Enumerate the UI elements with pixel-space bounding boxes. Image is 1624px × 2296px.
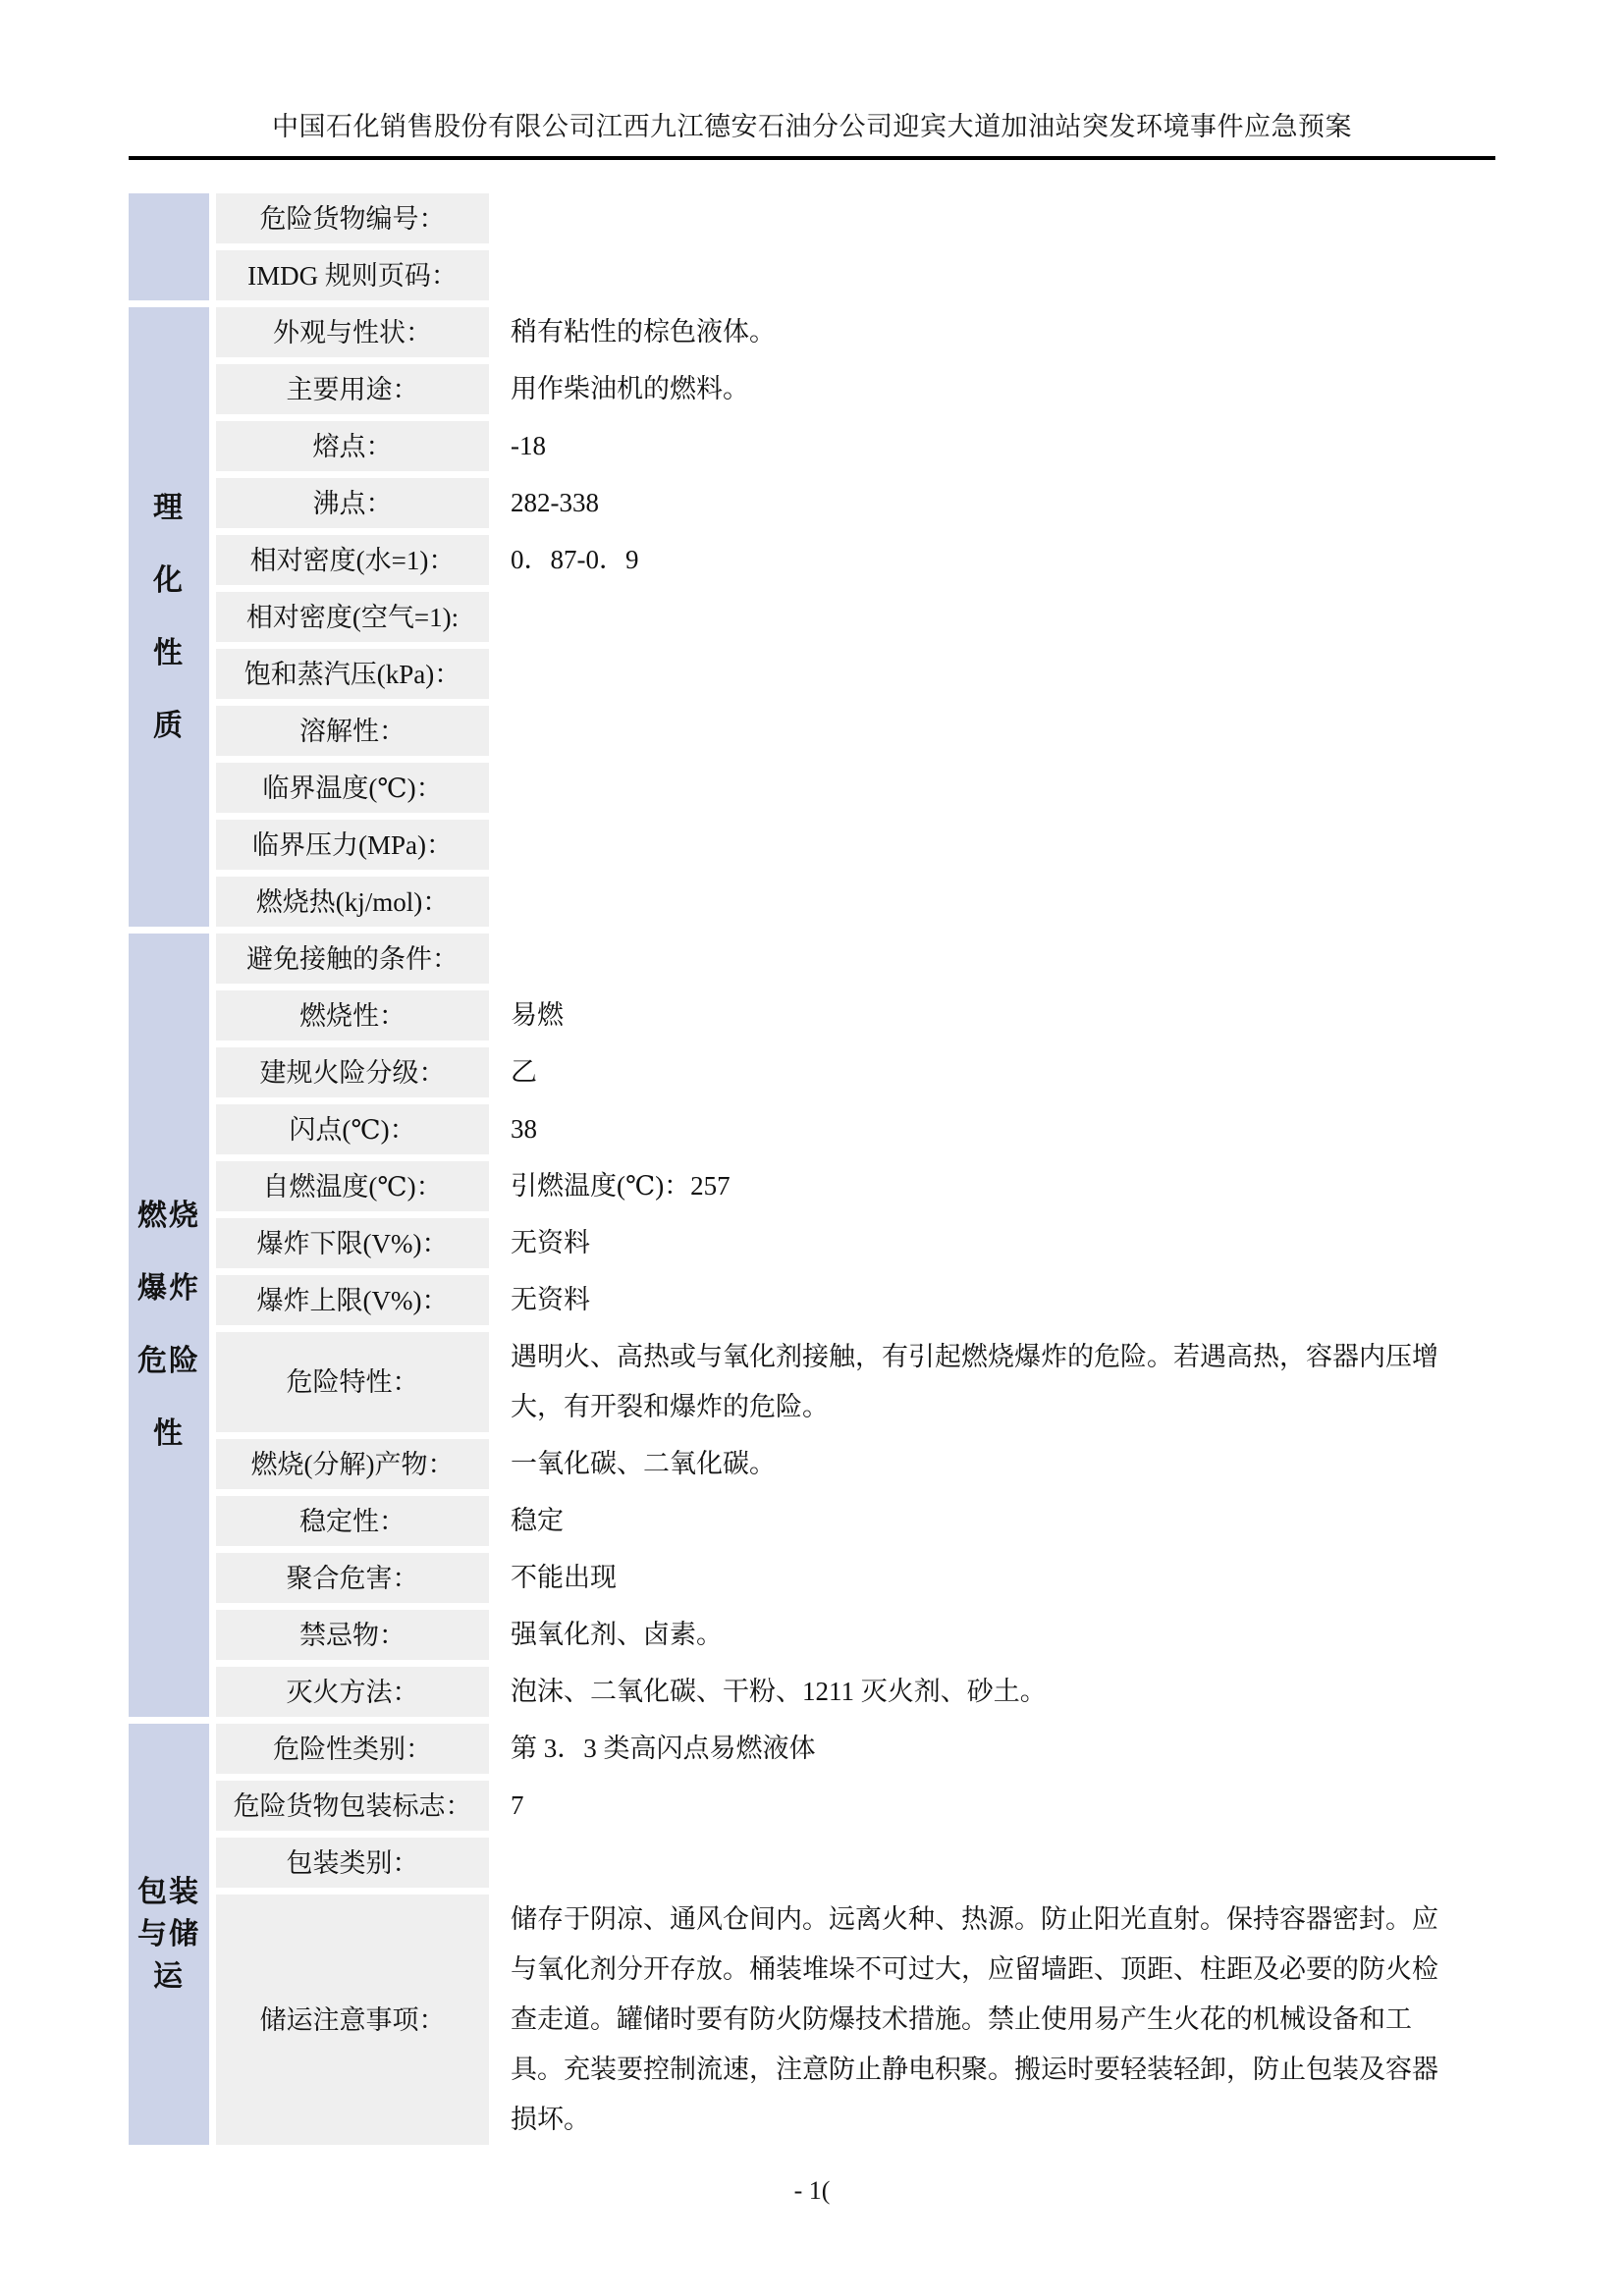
row-value: -18 xyxy=(503,421,1495,471)
category-label: 包装 xyxy=(137,1878,200,1907)
msds-table: 危险货物编号：IMDG 规则页码：理化性质外观与性状：稍有粘性的棕色液体。主要用… xyxy=(129,193,1495,2145)
msds-section: 理化性质外观与性状：稍有粘性的棕色液体。主要用途：用作柴油机的燃料。熔点：-18… xyxy=(129,307,1495,927)
table-row: 主要用途：用作柴油机的燃料。 xyxy=(216,364,1495,414)
category-cell: 理化性质 xyxy=(129,307,209,927)
row-label: 临界温度(℃)： xyxy=(216,763,489,813)
category-cell: 包装与储运 xyxy=(129,1724,209,2145)
table-row: 相对密度(水=1)：0．87-0．9 xyxy=(216,535,1495,585)
table-row: 储运注意事项：储存于阴凉、通风仓间内。远离火种、热源。防止阳光直射。保持容器密封… xyxy=(216,1895,1495,2145)
row-label: IMDG 规则页码： xyxy=(216,250,489,300)
table-row: 燃烧(分解)产物：一氧化碳、二氧化碳。 xyxy=(216,1439,1495,1489)
category-label: 燃烧 xyxy=(137,1201,200,1231)
row-label: 闪点(℃)： xyxy=(216,1104,489,1154)
table-row: 燃烧热(kj/mol)： xyxy=(216,877,1495,927)
row-label: 相对密度(空气=1): xyxy=(216,592,489,642)
document-title: 中国石化销售股份有限公司江西九江德安石油分公司迎宾大道加油站突发环境事件应急预案 xyxy=(0,110,1624,143)
row-value: 7 xyxy=(503,1781,1495,1831)
table-row: 危险货物包装标志：7 xyxy=(216,1781,1495,1831)
category-cell xyxy=(129,193,209,300)
category-label: 爆炸 xyxy=(137,1274,200,1304)
row-label: 爆炸下限(V%)： xyxy=(216,1218,489,1268)
row-label: 禁忌物： xyxy=(216,1610,489,1660)
table-row: 灭火方法：泡沫、二氧化碳、干粉、1211 灭火剂、砂土。 xyxy=(216,1667,1495,1717)
page-number: - 1( xyxy=(0,2176,1624,2206)
category-label: 与储 xyxy=(137,1920,200,1949)
section-rows: 外观与性状：稍有粘性的棕色液体。主要用途：用作柴油机的燃料。熔点：-18沸点：2… xyxy=(216,307,1495,927)
table-row: 爆炸下限(V%)：无资料 xyxy=(216,1218,1495,1268)
row-value xyxy=(503,763,1495,813)
msds-section: 包装与储运危险性类别：第 3．3 类高闪点易燃液体危险货物包装标志：7包装类别：… xyxy=(129,1724,1495,2145)
category-cell: 燃烧爆炸危险性 xyxy=(129,934,209,1717)
section-rows: 避免接触的条件：燃烧性：易燃建规火险分级：乙闪点(℃)：38自燃温度(℃)：引燃… xyxy=(216,934,1495,1717)
section-rows: 危险货物编号：IMDG 规则页码： xyxy=(216,193,1495,300)
row-label: 危险特性： xyxy=(216,1332,489,1432)
row-label: 包装类别： xyxy=(216,1838,489,1888)
row-value: 无资料 xyxy=(503,1275,1495,1325)
category-label: 化 xyxy=(153,566,185,596)
category-label: 危险 xyxy=(137,1347,200,1376)
row-value xyxy=(503,649,1495,699)
row-label: 沸点： xyxy=(216,478,489,528)
row-value: 一氧化碳、二氧化碳。 xyxy=(503,1439,1495,1489)
table-row: 临界温度(℃)： xyxy=(216,763,1495,813)
row-label: 稳定性： xyxy=(216,1496,489,1546)
row-value xyxy=(503,706,1495,756)
row-label: 灭火方法： xyxy=(216,1667,489,1717)
row-value: 第 3．3 类高闪点易燃液体 xyxy=(503,1724,1495,1774)
table-row: 相对密度(空气=1): xyxy=(216,592,1495,642)
row-value xyxy=(503,877,1495,927)
category-label: 理 xyxy=(153,494,185,523)
row-label: 储运注意事项： xyxy=(216,1895,489,2145)
row-value: 储存于阴凉、通风仓间内。远离火种、热源。防止阳光直射。保持容器密封。应与氧化剂分… xyxy=(503,1895,1495,2145)
row-value: 无资料 xyxy=(503,1218,1495,1268)
row-label: 外观与性状： xyxy=(216,307,489,357)
row-label: 临界压力(MPa)： xyxy=(216,820,489,870)
table-row: 建规火险分级：乙 xyxy=(216,1047,1495,1097)
row-value xyxy=(503,250,1495,300)
row-value: 不能出现 xyxy=(503,1553,1495,1603)
row-label: 爆炸上限(V%)： xyxy=(216,1275,489,1325)
table-row: 避免接触的条件： xyxy=(216,934,1495,984)
category-label: 性 xyxy=(153,639,185,668)
row-value: 0．87-0．9 xyxy=(503,535,1495,585)
table-row: 禁忌物：强氧化剂、卤素。 xyxy=(216,1610,1495,1660)
row-value xyxy=(503,193,1495,243)
row-label: 危险货物包装标志： xyxy=(216,1781,489,1831)
category-label: 质 xyxy=(153,712,185,741)
row-value xyxy=(503,592,1495,642)
page-header: 中国石化销售股份有限公司江西九江德安石油分公司迎宾大道加油站突发环境事件应急预案 xyxy=(0,0,1624,143)
category-label: 性 xyxy=(153,1419,185,1449)
row-label: 危险货物编号： xyxy=(216,193,489,243)
table-row: 燃烧性：易燃 xyxy=(216,990,1495,1041)
row-value: 用作柴油机的燃料。 xyxy=(503,364,1495,414)
row-value: 遇明火、高热或与氧化剂接触，有引起燃烧爆炸的危险。若遇高热，容器内压增大，有开裂… xyxy=(503,1332,1495,1432)
row-label: 聚合危害： xyxy=(216,1553,489,1603)
category-label: 运 xyxy=(153,1962,185,1992)
table-row: 熔点：-18 xyxy=(216,421,1495,471)
table-row: 危险特性：遇明火、高热或与氧化剂接触，有引起燃烧爆炸的危险。若遇高热，容器内压增… xyxy=(216,1332,1495,1432)
row-value: 稳定 xyxy=(503,1496,1495,1546)
table-row: 包装类别： xyxy=(216,1838,1495,1888)
row-value: 38 xyxy=(503,1104,1495,1154)
table-row: 沸点：282-338 xyxy=(216,478,1495,528)
row-value xyxy=(503,934,1495,984)
row-value: 稍有粘性的棕色液体。 xyxy=(503,307,1495,357)
table-row: 饱和蒸汽压(kPa)： xyxy=(216,649,1495,699)
row-value: 乙 xyxy=(503,1047,1495,1097)
row-value: 易燃 xyxy=(503,990,1495,1041)
row-value: 泡沫、二氧化碳、干粉、1211 灭火剂、砂土。 xyxy=(503,1667,1495,1717)
row-label: 相对密度(水=1)： xyxy=(216,535,489,585)
row-value xyxy=(503,1838,1495,1888)
row-label: 危险性类别： xyxy=(216,1724,489,1774)
row-value: 引燃温度(℃)：257 xyxy=(503,1161,1495,1211)
table-row: 外观与性状：稍有粘性的棕色液体。 xyxy=(216,307,1495,357)
table-row: 自燃温度(℃)：引燃温度(℃)：257 xyxy=(216,1161,1495,1211)
row-label: 燃烧(分解)产物： xyxy=(216,1439,489,1489)
msds-section: 危险货物编号：IMDG 规则页码： xyxy=(129,193,1495,300)
table-row: 危险性类别：第 3．3 类高闪点易燃液体 xyxy=(216,1724,1495,1774)
section-rows: 危险性类别：第 3．3 类高闪点易燃液体危险货物包装标志：7包装类别：储运注意事… xyxy=(216,1724,1495,2145)
row-value: 282-338 xyxy=(503,478,1495,528)
table-row: 聚合危害：不能出现 xyxy=(216,1553,1495,1603)
table-row: 溶解性： xyxy=(216,706,1495,756)
row-label: 溶解性： xyxy=(216,706,489,756)
row-label: 熔点： xyxy=(216,421,489,471)
table-row: 稳定性：稳定 xyxy=(216,1496,1495,1546)
table-row: 闪点(℃)：38 xyxy=(216,1104,1495,1154)
row-value: 强氧化剂、卤素。 xyxy=(503,1610,1495,1660)
row-label: 主要用途： xyxy=(216,364,489,414)
row-label: 燃烧热(kj/mol)： xyxy=(216,877,489,927)
row-value xyxy=(503,820,1495,870)
row-label: 自燃温度(℃)： xyxy=(216,1161,489,1211)
msds-section: 燃烧爆炸危险性避免接触的条件：燃烧性：易燃建规火险分级：乙闪点(℃)：38自燃温… xyxy=(129,934,1495,1717)
table-row: IMDG 规则页码： xyxy=(216,250,1495,300)
table-row: 危险货物编号： xyxy=(216,193,1495,243)
row-label: 饱和蒸汽压(kPa)： xyxy=(216,649,489,699)
row-label: 避免接触的条件： xyxy=(216,934,489,984)
table-row: 爆炸上限(V%)：无资料 xyxy=(216,1275,1495,1325)
table-row: 临界压力(MPa)： xyxy=(216,820,1495,870)
row-label: 建规火险分级： xyxy=(216,1047,489,1097)
header-divider xyxy=(129,156,1495,160)
row-label: 燃烧性： xyxy=(216,990,489,1041)
